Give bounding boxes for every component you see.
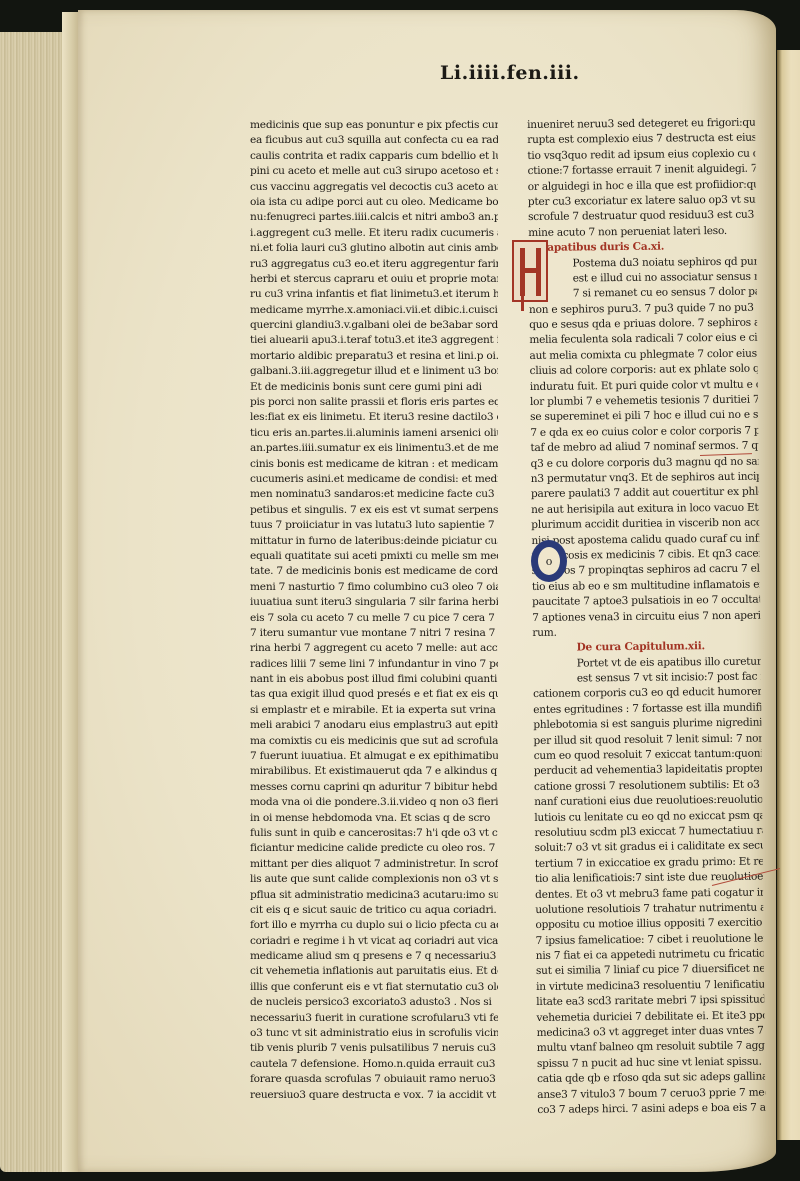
text-line: fort illo e myrrha cu duplo sui o licio … bbox=[250, 918, 498, 933]
text-line: tio alia lenificatiois:7 sint iste due r… bbox=[535, 870, 763, 888]
book-page-edge bbox=[62, 12, 78, 1172]
text-line: medicame aliud sm q presens e 7 q necess… bbox=[250, 949, 498, 964]
text-line: cinis bonis est medicame de kitran : et … bbox=[250, 457, 498, 472]
decorated-initial-o-icon: o bbox=[531, 540, 567, 582]
text-line: necessariu3 fuerit in curatione scrofula… bbox=[250, 1011, 498, 1026]
text-line: meli arabici 7 anodaru eius emplastru3 a… bbox=[250, 718, 498, 733]
text-line: Et de medicinis bonis sunt cere gumi pin… bbox=[250, 380, 498, 395]
text-line: cucumeris asini.et medicame de condisi: … bbox=[250, 472, 498, 487]
text-line: paucitate 7 aptoe3 pulsatiois in eo 7 oc… bbox=[532, 593, 760, 611]
text-line: cit eis q e sicut sauic de tritico cu aq… bbox=[250, 903, 498, 918]
text-line: ru cu3 vrina infantis et fiat linimetu3.… bbox=[250, 287, 498, 302]
text-line: quercini glandiu3.v.galbani olei de be3a… bbox=[250, 318, 498, 333]
facing-page-edge bbox=[777, 50, 800, 1140]
text-line: coriadri e regime i h vt vicat aq coriad… bbox=[250, 934, 498, 949]
text-line: forare quasda scrofulas 7 obuiauit ramo … bbox=[250, 1072, 498, 1087]
text-line: equali quatitate sui aceti pmixti cu mel… bbox=[250, 549, 498, 564]
text-line: tiei aluearii apu3.i.teraf totu3.et ite3… bbox=[250, 333, 498, 348]
text-line: mirabilibus. Et existimauerut qda 7 e al… bbox=[250, 764, 498, 779]
text-line: mittant per dies aliquot 7 administretur… bbox=[250, 857, 498, 872]
text-line: si emplastr et e mirabile. Et ia experta… bbox=[250, 703, 498, 718]
text-line: eis 7 sola cu aceto 7 cu melle 7 cu pice… bbox=[250, 611, 498, 626]
text-line: ctione:7 fortasse errauit 7 inenit algui… bbox=[527, 162, 755, 180]
text-line: reuersiuo3 quare destructa e vox. 7 ia a… bbox=[250, 1088, 498, 1103]
text-line: rina herbi 7 aggregent cu aceto 7 melle:… bbox=[250, 641, 498, 656]
text-line: ni.et folia lauri cu3 glutino albotin au… bbox=[250, 241, 498, 256]
text-line: cit vehemetia inflationis aut paruitatis… bbox=[250, 964, 498, 979]
text-line: tate. 7 de medicinis bonis est medicame … bbox=[250, 564, 498, 579]
text-line: tuus 7 proiiciatur in vas lutatu3 luto s… bbox=[250, 518, 498, 533]
text-line: galbani.3.iii.aggregetur illud et e lini… bbox=[250, 364, 498, 379]
text-line: caulis contrita et radix capparis cum bd… bbox=[250, 149, 498, 164]
text-line: radices lilii 7 seme lini 7 infundantur … bbox=[250, 657, 498, 672]
text-line: mittatur in furno de lateribus:deinde pi… bbox=[250, 534, 498, 549]
text-line: plurimum accidit duritiea in viscerib no… bbox=[531, 516, 759, 534]
text-line: lis aute que sunt calide complexionis no… bbox=[250, 872, 498, 887]
left-text-column: medicinis que sup eas ponuntur e pix pfe… bbox=[250, 118, 498, 1103]
text-line: moda vna oi die pondere.3.ii.video q non… bbox=[250, 795, 498, 810]
text-line: men nominatu3 sandaros:et medicine facte… bbox=[250, 487, 498, 502]
text-line: messes cornu caprini qn aduritur 7 bibit… bbox=[250, 780, 498, 795]
text-line: 7 iteru sumantur vue montane 7 nitri 7 r… bbox=[250, 626, 498, 641]
text-line: meni 7 nasturtio 7 fimo columbino cu3 ol… bbox=[250, 580, 498, 595]
text-line: mine acuto 7 non perueniat lateri leso. bbox=[528, 223, 756, 241]
text-line: herbi et stercus capraru et ouiu et prop… bbox=[250, 272, 498, 287]
text-line: ru3 aggregatus cu3 eo.et iteru aggregent… bbox=[250, 257, 498, 272]
text-line: o3 tunc vt sit administratio eius in scr… bbox=[250, 1026, 498, 1041]
text-line: tas qua exigit illud quod presés e et fi… bbox=[250, 687, 498, 702]
text-line: pflua sit administratio medicina3 acutar… bbox=[250, 888, 498, 903]
right-text-column: inueniret neruu3 sed detegeret eu frigor… bbox=[527, 116, 765, 1119]
text-line: de nucleis persico3 excoriato3 adusto3 .… bbox=[250, 995, 498, 1010]
text-line: pini cu aceto et melle aut cu3 sirupo ac… bbox=[250, 164, 498, 179]
text-line: tib venis plurib 7 venis pulsatilibus 7 … bbox=[250, 1041, 498, 1056]
text-line: les:fiat ex eis linimetu. Et iteru3 resi… bbox=[250, 410, 498, 425]
decorated-initial-a-icon bbox=[512, 240, 548, 302]
text-line: 7 fuerunt iuuatiua. Et almugat e ex epit… bbox=[250, 749, 498, 764]
text-line: pis porci non salite prassii et floris e… bbox=[250, 395, 498, 410]
text-line: catia qde qb e rfoso qda sut sic adeps g… bbox=[537, 1070, 765, 1088]
text-line: mortario aldibic preparatu3 et resina et… bbox=[250, 349, 498, 364]
text-line: oia ista cu adipe porci aut cu oleo. Med… bbox=[250, 195, 498, 210]
text-line: 7 aptiones vena3 in circuitu eius 7 non … bbox=[532, 608, 760, 626]
text-line: iuuatiua sunt iteru3 singularia 7 silr f… bbox=[250, 595, 498, 610]
text-line: nu:fenugreci partes.iiii.calcis et nitri… bbox=[250, 210, 498, 225]
text-line: ma comixtis cu eis medicinis que sut ad … bbox=[250, 734, 498, 749]
initial-guide-letter: o bbox=[546, 555, 553, 568]
text-line: an.partes.iiii.sumatur ex eis linimentu3… bbox=[250, 441, 498, 456]
text-line: fulis sunt in quib e cancerositas:7 h'i … bbox=[250, 826, 498, 841]
text-line: co3 7 adeps hirci. 7 asini adeps e boa e… bbox=[537, 1101, 765, 1119]
text-line: cus vaccinu aggregatis vel decoctis cu3 … bbox=[250, 180, 498, 195]
text-line: in oi mense hebdomoda vna. Et scias q de… bbox=[250, 811, 498, 826]
text-line: ea ficubus aut cu3 squilla aut confecta … bbox=[250, 133, 498, 148]
text-line: medicame myrrhe.x.amoniaci.vii.et dibic.… bbox=[250, 303, 498, 318]
text-line: petibus et singulis. 7 ex eis est vt sum… bbox=[250, 503, 498, 518]
text-line: nant in eis abobus post illud fimi colub… bbox=[250, 672, 498, 687]
running-head: Li.iiii.fen.iii. bbox=[440, 62, 580, 84]
text-line: ficiantur medicine calide predicte cu ol… bbox=[250, 841, 498, 856]
text-line: nanf curationi eius due reuolutioes:reuo… bbox=[534, 793, 762, 811]
text-line: medicinis que sup eas ponuntur e pix pfe… bbox=[250, 118, 498, 133]
text-line: ticu eris an.partes.ii.aluminis iameni a… bbox=[250, 426, 498, 441]
text-line: cautela 7 defensione. Homo.n.quida errau… bbox=[250, 1057, 498, 1072]
text-line: i.aggregent cu3 melle. Et iteru radix cu… bbox=[250, 226, 498, 241]
text-line: illis que conferunt eis e vt fiat sternu… bbox=[250, 980, 498, 995]
